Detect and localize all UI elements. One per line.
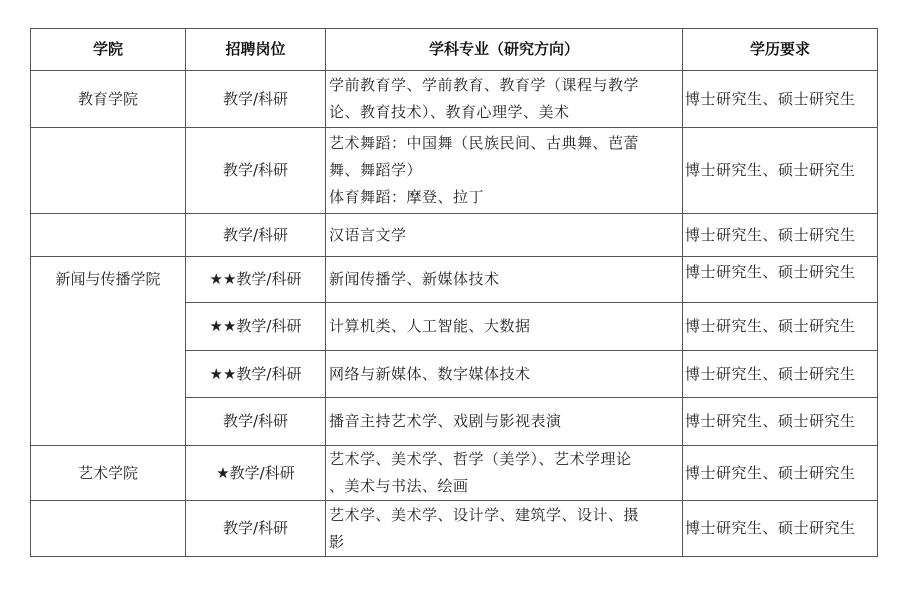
major-line: 影 [329,529,682,556]
major-line: 艺术舞蹈：中国舞（民族民间、古典舞、芭蕾 [329,130,682,157]
college-cell [31,501,186,557]
post-cell: ★★教学/科研 [186,257,326,303]
college-cell: 教育学院 [31,71,186,128]
major-line: 计算机类、人工智能、大数据 [329,313,682,340]
post-cell: 教学/科研 [186,71,326,128]
major-cell: 学前教育学、学前教育、教育学（课程与教学 论、教育技术）、教育心理学、美术 [326,71,683,128]
education-cell: 博士研究生、硕士研究生 [683,257,878,303]
major-cell: 新闻传播学、新媒体技术 [326,257,683,303]
table-header-row: 学院 招聘岗位 学科专业（研究方向） 学历要求 [31,29,878,71]
education-cell: 博士研究生、硕士研究生 [683,214,878,257]
major-line: 播音主持艺术学、戏剧与影视表演 [329,408,682,435]
post-cell: ★教学/科研 [186,446,326,501]
major-cell: 计算机类、人工智能、大数据 [326,303,683,351]
major-line: 论、教育技术）、教育心理学、美术 [329,99,682,126]
post-cell: 教学/科研 [186,501,326,557]
header-college: 学院 [31,29,186,71]
college-cell [31,214,186,257]
post-cell: 教学/科研 [186,398,326,446]
education-cell: 博士研究生、硕士研究生 [683,303,878,351]
education-cell: 博士研究生、硕士研究生 [683,446,878,501]
post-cell: 教学/科研 [186,128,326,214]
major-line: 艺术学、美术学、设计学、建筑学、设计、摄 [329,502,682,529]
table-row: 教学/科研 艺术学、美术学、设计学、建筑学、设计、摄 影 博士研究生、硕士研究生 [31,501,878,557]
college-cell: 新闻与传播学院 [31,257,186,446]
education-cell: 博士研究生、硕士研究生 [683,351,878,398]
post-cell: ★★教学/科研 [186,303,326,351]
major-line: 舞、舞蹈学） [329,157,682,184]
major-line: 学前教育学、学前教育、教育学（课程与教学 [329,72,682,99]
education-cell: 博士研究生、硕士研究生 [683,398,878,446]
header-post: 招聘岗位 [186,29,326,71]
major-line: 体育舞蹈：摩登、拉丁 [329,184,682,211]
major-cell: 网络与新媒体、数字媒体技术 [326,351,683,398]
post-cell: 教学/科研 [186,214,326,257]
major-line: 新闻传播学、新媒体技术 [329,266,682,293]
major-cell: 艺术舞蹈：中国舞（民族民间、古典舞、芭蕾 舞、舞蹈学） 体育舞蹈：摩登、拉丁 [326,128,683,214]
table-row: 教学/科研 汉语言文学 博士研究生、硕士研究生 [31,214,878,257]
major-line: 、美术与书法、绘画 [329,473,682,500]
education-cell: 博士研究生、硕士研究生 [683,501,878,557]
major-cell: 播音主持艺术学、戏剧与影视表演 [326,398,683,446]
recruitment-table: 学院 招聘岗位 学科专业（研究方向） 学历要求 教育学院 教学/科研 学前教育学… [30,28,878,557]
major-line: 汉语言文学 [329,222,682,249]
major-line: 网络与新媒体、数字媒体技术 [329,361,682,388]
major-cell: 汉语言文学 [326,214,683,257]
college-cell [31,128,186,214]
college-cell: 艺术学院 [31,446,186,501]
post-cell: ★★教学/科研 [186,351,326,398]
major-line: 艺术学、美术学、哲学（美学）、艺术学理论 [329,446,682,473]
education-cell: 博士研究生、硕士研究生 [683,71,878,128]
table-row: 教育学院 教学/科研 学前教育学、学前教育、教育学（课程与教学 论、教育技术）、… [31,71,878,128]
education-cell: 博士研究生、硕士研究生 [683,128,878,214]
major-cell: 艺术学、美术学、设计学、建筑学、设计、摄 影 [326,501,683,557]
table-row: 新闻与传播学院 ★★教学/科研 新闻传播学、新媒体技术 博士研究生、硕士研究生 [31,257,878,303]
major-cell: 艺术学、美术学、哲学（美学）、艺术学理论 、美术与书法、绘画 [326,446,683,501]
header-major: 学科专业（研究方向） [326,29,683,71]
table-row: 教学/科研 艺术舞蹈：中国舞（民族民间、古典舞、芭蕾 舞、舞蹈学） 体育舞蹈：摩… [31,128,878,214]
header-education: 学历要求 [683,29,878,71]
table-row: 艺术学院 ★教学/科研 艺术学、美术学、哲学（美学）、艺术学理论 、美术与书法、… [31,446,878,501]
